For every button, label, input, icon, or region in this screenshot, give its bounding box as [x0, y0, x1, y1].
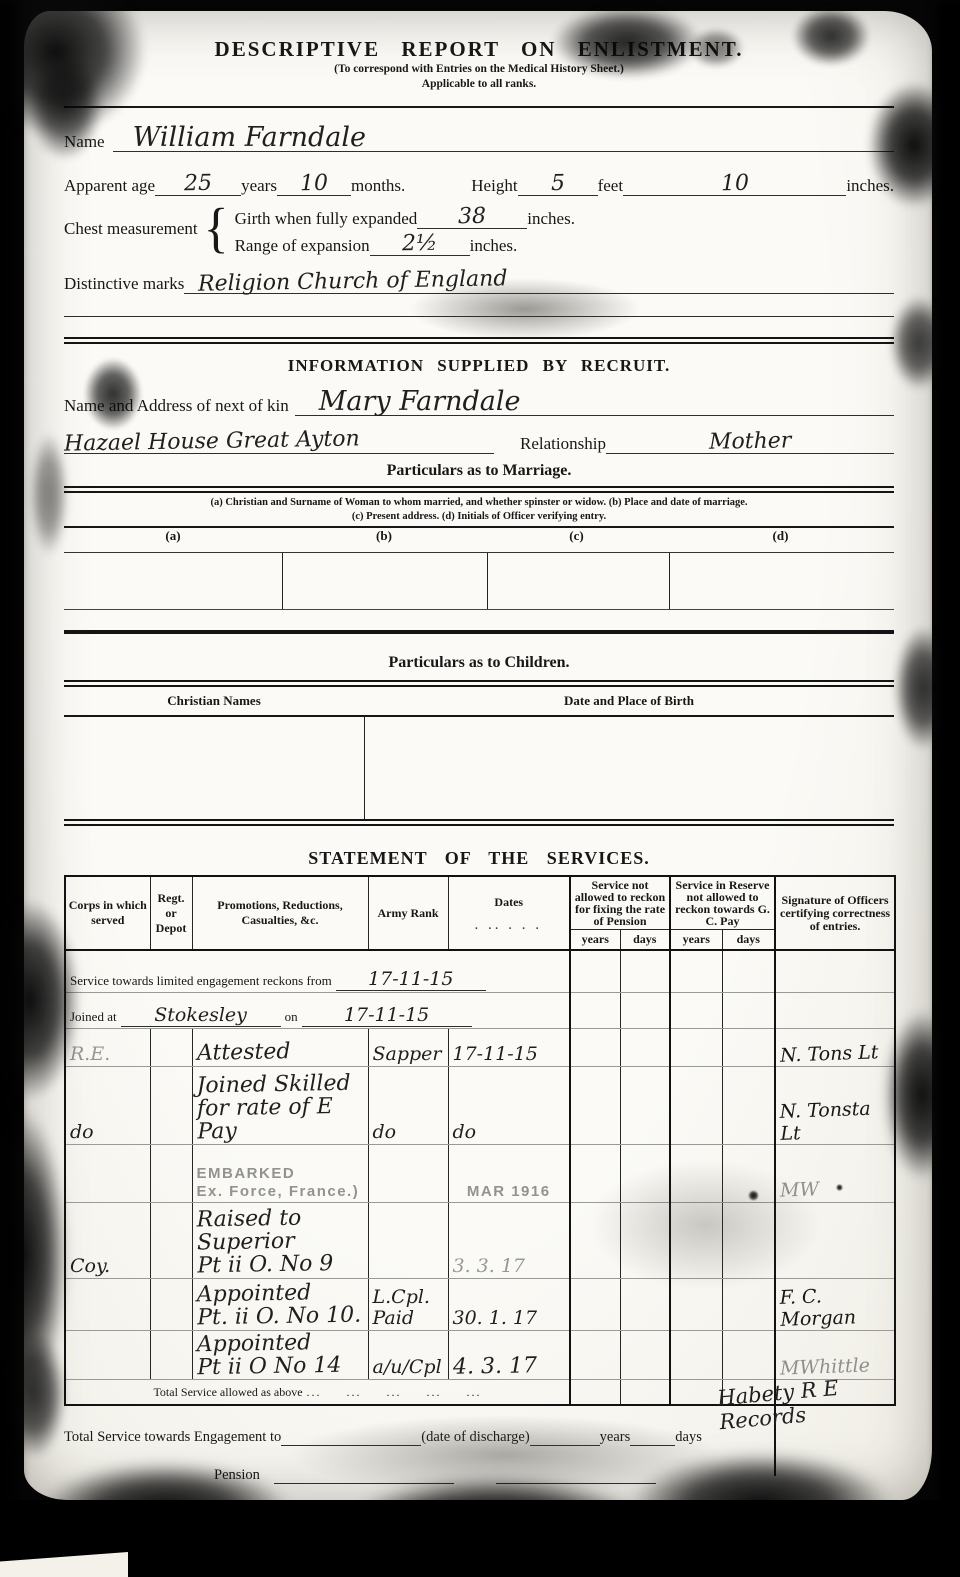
date-value: do [453, 1122, 477, 1143]
empty-cell [570, 950, 620, 992]
corps-cell [65, 1330, 150, 1379]
dates-cell: 17-11-15 [448, 1028, 570, 1066]
chest-block: Chest measurement { Girth when fully exp… [64, 202, 894, 256]
rank-value: Sapper [373, 1044, 442, 1065]
name-value-line: William Farndale [113, 124, 894, 152]
rank-value: do [373, 1122, 397, 1143]
rank-cell [368, 1144, 448, 1202]
col-header-pension: Service not allowed to reckon for fixing… [570, 876, 670, 930]
corps-cell: do [65, 1066, 150, 1144]
stain-top-right [792, 6, 870, 66]
total-service-cell: Total Service allowed as above ... ... .… [65, 1379, 570, 1405]
marriage-col-a: (a) [64, 528, 282, 552]
promotions-cell: Raised to Superior Pt ii O. No 9 [192, 1202, 368, 1278]
dates-cell: 3. 3. 17 [448, 1202, 570, 1278]
promotions-cell: Joined Skilled for rate of E Pay [192, 1066, 368, 1144]
stain-top-center-2 [688, 28, 744, 68]
services-table: Corps in which served Regt. or Depot Pro… [64, 875, 896, 1406]
marriage-col-c: (c) [486, 528, 667, 552]
promotion-value: Joined Skilled for rate of E Pay [196, 1072, 364, 1144]
empty-cell [620, 1330, 670, 1379]
total-service-label: Total Service allowed as above [153, 1385, 302, 1399]
marriage-note-2: (c) Present address. (d) Initials of Off… [68, 510, 890, 524]
corps-cell: Coy. [65, 1202, 150, 1278]
joined-place: Stokesley [154, 1005, 247, 1026]
reckons-cell: Service towards limited engagement recko… [65, 950, 570, 992]
pension-days-header: days [620, 930, 670, 951]
dates-cell: MAR 1916 [448, 1144, 570, 1202]
age-years-value: 25 [184, 172, 212, 196]
corps-value: R.E. [70, 1044, 110, 1065]
empty-cell [620, 1278, 670, 1330]
age-label: Apparent age [64, 176, 155, 196]
date-value: 30. 1. 17 [453, 1308, 538, 1329]
promotions-cell: EMBARKED Ex. Force, France.) [192, 1144, 368, 1202]
on-label: on [285, 1009, 298, 1024]
empty-cell [620, 1066, 670, 1144]
form-subtitle-2: Applicable to all ranks. [64, 77, 894, 92]
empty-cell [620, 1028, 670, 1066]
expansion-row: Range of expansion 2½ inches. [235, 229, 894, 256]
reckons-value: 17-11-15 [368, 969, 453, 990]
date-value: 3. 3. 17 [453, 1256, 526, 1277]
col-header-regt: Regt. or Depot [150, 876, 192, 950]
kin-address-value: Hazael House Great Ayton [64, 427, 360, 455]
height-feet-line: 5 [518, 172, 598, 196]
empty-cell [722, 992, 775, 1028]
joined-row: Joined at Stokesley on 17-11-15 [65, 992, 895, 1028]
corps-value: Coy. [70, 1256, 110, 1277]
date-stamp: MAR 1916 [467, 1183, 551, 1200]
rank-cell [368, 1202, 448, 1278]
stain-top-center [552, 6, 702, 78]
rank-cell: a/u/Cpl [368, 1330, 448, 1379]
empty-cell [570, 1066, 620, 1144]
empty-cell [670, 950, 722, 992]
marriage-cell-a [64, 553, 282, 609]
girth-row: Girth when fully expanded 38 inches. [235, 202, 894, 229]
joined-cell: Joined at Stokesley on 17-11-15 [65, 992, 570, 1028]
empty-cell [670, 992, 722, 1028]
empty-cell [620, 1379, 670, 1405]
promotions-cell: Appointed Pt ii O No 14 [192, 1330, 368, 1379]
promotion-value: Raised to Superior Pt ii O. No 9 [196, 1206, 364, 1278]
dates-cell: 4. 3. 17 [448, 1330, 570, 1379]
pension-years-header: years [570, 930, 620, 951]
girth-value: 38 [458, 205, 486, 229]
marriage-cell-c [487, 553, 669, 609]
empty-cell [670, 1066, 722, 1144]
bottom-black-band [0, 1500, 960, 1577]
kin-address-row: Hazael House Great Ayton Relationship Mo… [64, 422, 894, 454]
reckons-row: Service towards limited engagement recko… [65, 950, 895, 992]
marriage-bottom-band [64, 609, 894, 630]
expansion-label: Range of expansion [235, 236, 370, 256]
height-label: Height [471, 176, 517, 196]
regt-cell [150, 1144, 192, 1202]
services-title: STATEMENT OF THE SERVICES. [64, 848, 894, 869]
height-feet-value: 5 [550, 172, 564, 195]
kin-address-line: Hazael House Great Ayton [64, 430, 494, 454]
children-cell-birth [364, 717, 894, 819]
signature-cell: N. Tons Lt [775, 1028, 895, 1066]
officer-signature: F. C. Morgan [779, 1283, 890, 1331]
empty-cell [670, 1028, 722, 1066]
marriage-column-letters: (a) (b) (c) (d) [64, 528, 894, 552]
relationship-value: Mother [709, 429, 792, 454]
stain-left-mid [30, 432, 68, 556]
header-rule [64, 106, 894, 108]
corps-cell [65, 1144, 150, 1202]
marriage-note-1: (a) Christian and Surname of Woman to wh… [68, 496, 890, 510]
service-row-cpl: Appointed Pt ii O No 14 a/u/Cpl 4. 3. 17… [65, 1330, 895, 1379]
name-row: Name William Farndale [64, 112, 894, 152]
empty-cell [722, 1028, 775, 1066]
empty-cell [570, 1278, 620, 1330]
regt-cell [150, 1278, 192, 1330]
col-header-rank: Army Rank [368, 876, 448, 950]
col-header-promotions: Promotions, Reductions, Casualties, &c. [192, 876, 368, 950]
officer-signature: N. Tonsta Lt [779, 1097, 890, 1145]
signature-cell: N. Tonsta Lt [775, 1066, 895, 1144]
scan-background: DESCRIPTIVE REPORT ON ENLISTMENT. (To co… [0, 0, 960, 1577]
empty-cell [570, 1330, 620, 1379]
regt-cell [150, 1202, 192, 1278]
empty-cell [722, 950, 775, 992]
rank-value: L.Cpl. Paid [373, 1287, 430, 1329]
smudge-table-area [590, 1160, 820, 1290]
joined-date: 17-11-15 [344, 1005, 429, 1026]
date-value: 4. 3. 17 [452, 1354, 536, 1379]
empty-cell [670, 1379, 722, 1405]
empty-cell [670, 1330, 722, 1379]
empty-cell [775, 992, 895, 1028]
empty-cell [775, 950, 895, 992]
age-years-line: 25 [155, 172, 241, 196]
age-height-row: Apparent age 25 years 10 months. Height … [64, 166, 894, 196]
empty-cell [722, 1330, 775, 1379]
ink-dot-2 [836, 1184, 843, 1191]
dates-label: Dates [450, 895, 569, 910]
service-row-lcpl: Appointed Pt. ii O. No 10. L.Cpl. Paid 3… [65, 1278, 895, 1330]
girth-label: Girth when fully expanded [235, 209, 418, 229]
corps-cell: R.E. [65, 1028, 150, 1066]
children-col-names: Christian Names [64, 693, 364, 709]
children-table-body [64, 717, 894, 819]
empty-cell [570, 992, 620, 1028]
children-table-header: Christian Names Date and Place of Birth [64, 687, 894, 717]
girth-unit: inches. [527, 209, 575, 229]
regt-cell [150, 1330, 192, 1379]
form-subtitle-1: (To correspond with Entries on the Medic… [64, 62, 894, 77]
col-header-corps: Corps in which served [65, 876, 150, 950]
children-cell-names [64, 717, 364, 819]
service-row-joined-skilled: do Joined Skilled for rate of E Pay do d… [65, 1066, 895, 1144]
girth-line: 38 [417, 205, 527, 229]
chest-brace: { [204, 201, 229, 258]
torn-edge-right [938, 0, 960, 1577]
marriage-cell-d [669, 553, 894, 609]
rank-cell: Sapper [368, 1028, 448, 1066]
dates-dots: . .. . . . [450, 920, 569, 932]
marriage-cell-b [282, 553, 487, 609]
name-value: William Farndale [133, 122, 366, 153]
officer-signature: N. Tons Lt [780, 1041, 879, 1066]
torn-edge-left [0, 0, 18, 1577]
promotion-value: Attested [196, 1041, 290, 1066]
recruit-section-title: INFORMATION SUPPLIED BY RECRUIT. [64, 356, 894, 376]
form-title: DESCRIPTIVE REPORT ON ENLISTMENT. [64, 11, 894, 62]
total-engagement-label: Total Service towards Engagement to [64, 1429, 281, 1446]
height-inches-value: 10 [720, 172, 748, 196]
regt-cell [150, 1066, 192, 1144]
ink-blot-kin [84, 358, 142, 430]
marriage-notes: (a) Christian and Surname of Woman to wh… [64, 493, 894, 528]
rank-cell: L.Cpl. Paid [368, 1278, 448, 1330]
feet-label: feet [598, 176, 623, 196]
months-label: months. [351, 176, 405, 196]
promotions-cell: Attested [192, 1028, 368, 1066]
col-header-dates: Dates . .. . . . [448, 876, 570, 950]
document-page: DESCRIPTIVE REPORT ON ENLISTMENT. (To co… [24, 11, 932, 1500]
dates-cell: do [448, 1066, 570, 1144]
total-service-dots: ... ... ... ... ... [307, 1385, 482, 1399]
reserve-years-header: years [670, 930, 722, 951]
promotion-value: Appointed Pt. ii O. No 10. [196, 1281, 361, 1330]
reserve-days-header: days [722, 930, 775, 951]
joined-date-line: 17-11-15 [302, 1005, 472, 1027]
empty-cell [722, 1066, 775, 1144]
marriage-col-b: (b) [282, 528, 486, 552]
relationship-line: Mother [606, 430, 894, 454]
corps-value: do [70, 1122, 94, 1143]
expansion-value: 2½ [402, 232, 438, 256]
marriage-table-body [64, 552, 894, 609]
rank-cell: do [368, 1066, 448, 1144]
embarked-stamp: EMBARKED Ex. Force, France.) [197, 1165, 360, 1200]
reckons-label: Service towards limited engagement recko… [70, 973, 332, 988]
expansion-unit: inches. [470, 236, 518, 256]
promotion-value: Appointed Pt ii O No 14 [196, 1330, 341, 1379]
age-months-value: 10 [300, 172, 328, 196]
children-table: Christian Names Date and Place of Birth [64, 680, 894, 826]
regt-cell [150, 1028, 192, 1066]
marriage-col-d: (d) [667, 528, 894, 552]
promotions-cell: Appointed Pt. ii O. No 10. [192, 1278, 368, 1330]
empty-cell [620, 950, 670, 992]
col-header-signature: Signature of Officers certifying correct… [775, 876, 895, 950]
date-value: 17-11-15 [453, 1044, 538, 1065]
rank-value: a/u/Cpl [373, 1357, 442, 1378]
stain-top-left-script [28, 52, 102, 160]
corps-cell [65, 1278, 150, 1330]
col-header-reserve: Service in Reserve not allowed to reckon… [670, 876, 775, 930]
kin-name-line: Mary Farndale [295, 388, 894, 416]
service-row-attested: R.E. Attested Sapper 17-11-15 N. Tons Lt [65, 1028, 895, 1066]
empty-cell [620, 992, 670, 1028]
marks-label: Distinctive marks [64, 274, 184, 294]
reckons-line: 17-11-15 [336, 969, 486, 991]
empty-cell [570, 1028, 620, 1066]
joined-place-line: Stokesley [121, 1005, 281, 1027]
dates-cell: 30. 1. 17 [448, 1278, 570, 1330]
section-divider [64, 337, 894, 344]
expansion-line: 2½ [370, 232, 470, 256]
marriage-table: (a) Christian and Surname of Woman to wh… [64, 486, 894, 634]
empty-cell [570, 1379, 620, 1405]
relationship-label: Relationship [520, 434, 606, 454]
children-col-birth: Date and Place of Birth [364, 693, 894, 709]
chest-label: Chest measurement [64, 219, 198, 239]
kin-name-value: Mary Farndale [319, 386, 521, 417]
years-label: years [241, 176, 277, 196]
kin-row: Name and Address of next of kin Mary Far… [64, 382, 894, 416]
age-months-line: 10 [277, 172, 351, 196]
smudge-marks-area [410, 278, 640, 340]
height-inches-line: 10 [623, 172, 846, 196]
children-title: Particulars as to Children. [64, 654, 894, 672]
marriage-title: Particulars as to Marriage. [64, 462, 894, 480]
signature-cell: F. C. Morgan [775, 1278, 895, 1330]
